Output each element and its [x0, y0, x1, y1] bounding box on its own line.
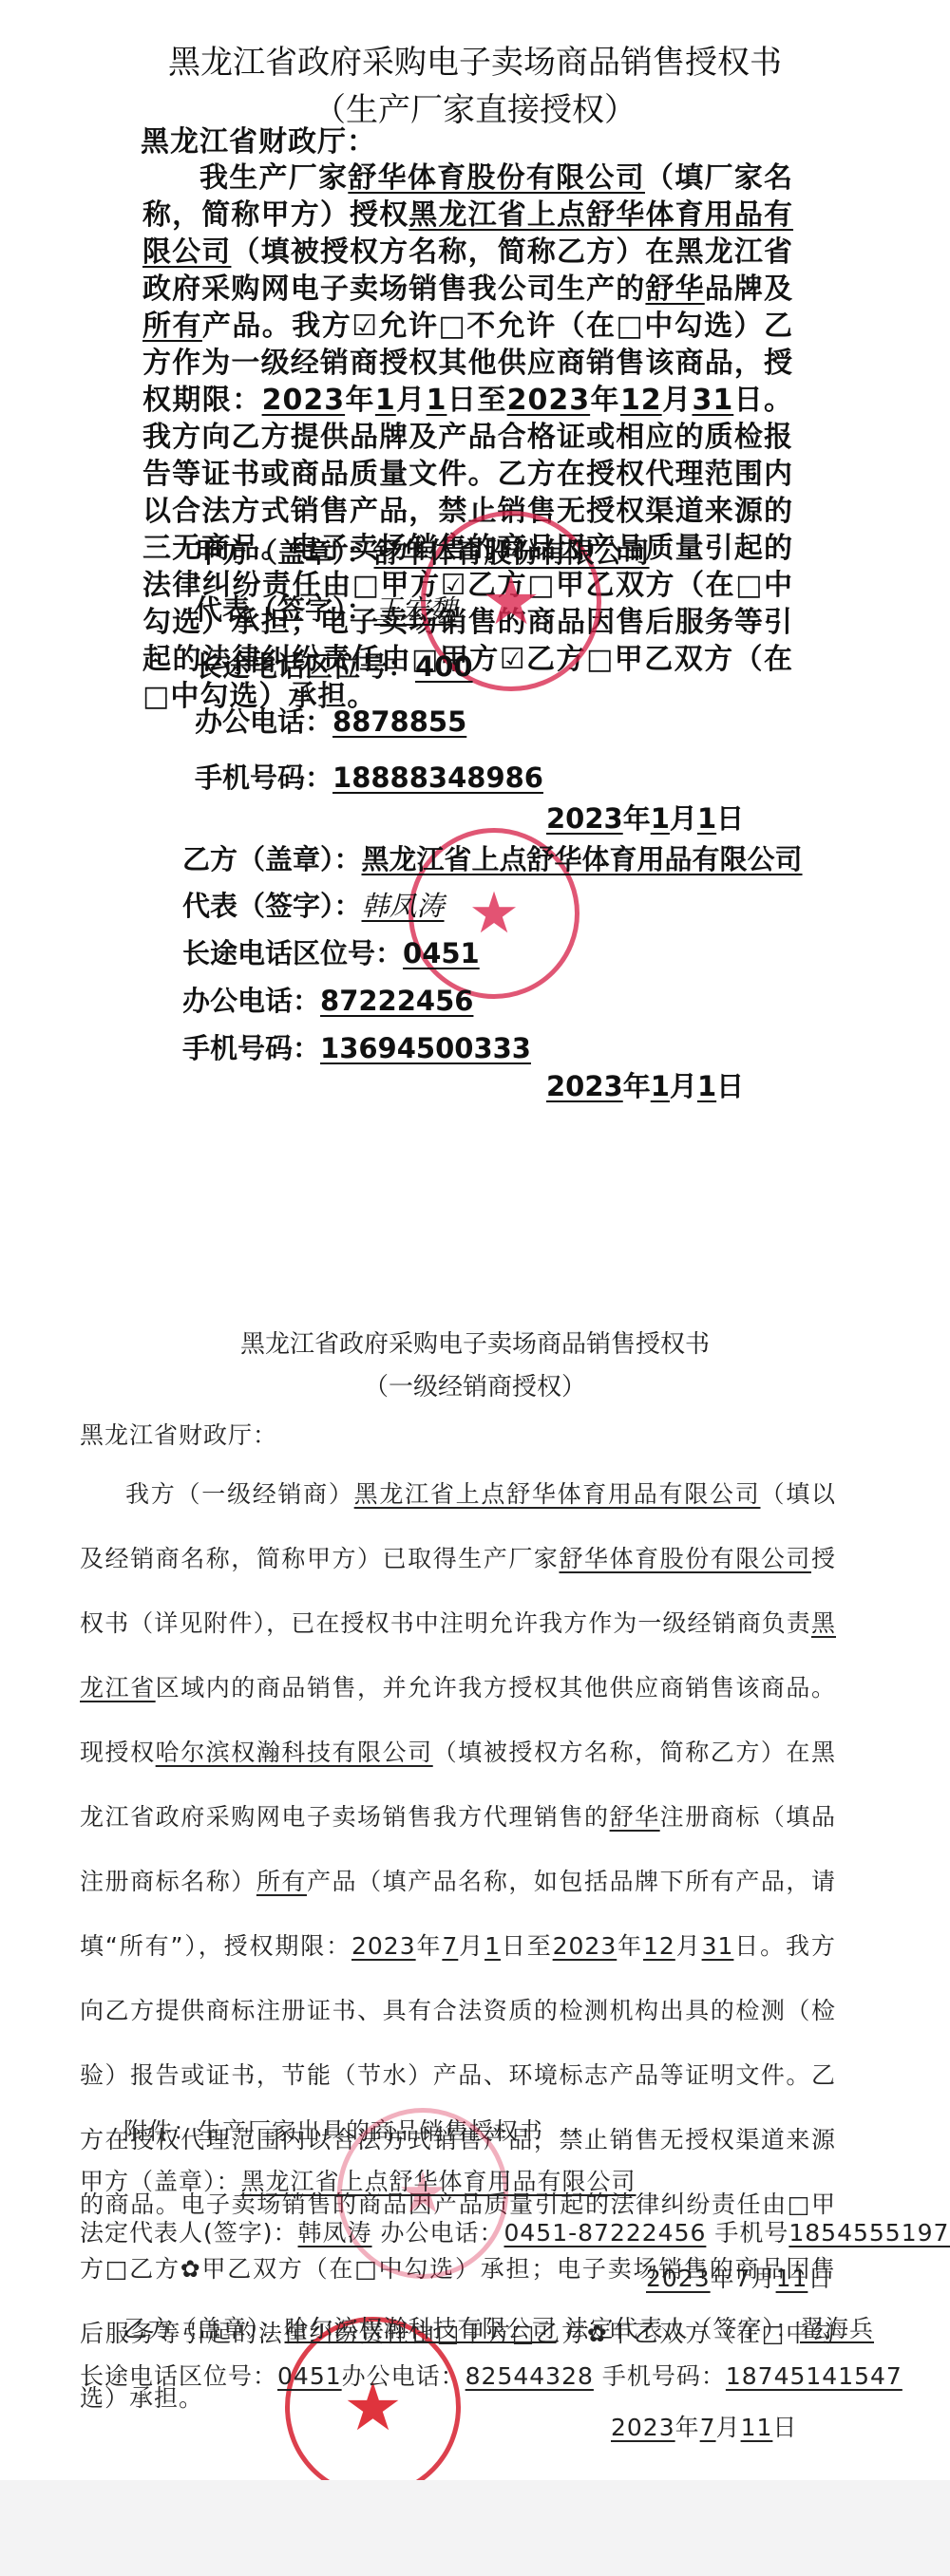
party-b-area-code: 0451: [403, 937, 480, 969]
start-year: 2023: [262, 384, 346, 417]
party-a-area-code: 400: [415, 650, 473, 683]
party-b-mobile: 13694500333: [320, 1032, 531, 1064]
doc1-party-b-area-row: 长途电话区位号：0451: [182, 932, 480, 971]
party-a-mobile: 18545551977: [788, 2219, 950, 2247]
manufacturer-authorization-document: 黑龙江省政府采购电子卖场商品销售授权书 （生产厂家直接授权） 黑龙江省财政厅： …: [0, 0, 950, 1139]
doc2-party-a-rep-row: 法定代表人(签字)：韩凤涛 办公电话：0451-87222456 手机号1854…: [80, 2214, 950, 2248]
doc2-subtitle: （一级经销商授权）: [0, 1367, 950, 1402]
disallow-checkbox-icon: □: [438, 310, 466, 343]
start-day: 1: [484, 1932, 501, 1960]
party-b-company: 黑龙江省上点舒华体育用品有限公司: [362, 843, 803, 875]
party-a-legal-rep: 韩凤涛: [298, 2219, 372, 2247]
seal-star-icon: ★: [482, 568, 541, 634]
authorized-party-name: 哈尔滨权瀚科技有限公司: [156, 1739, 433, 1766]
doc1-party-a-mobile-row: 手机号码：18888348986: [195, 757, 543, 796]
party-a-mobile: 18888348986: [332, 762, 543, 794]
doc1-party-a-seal-row: 甲方（盖章）：舒华体育股份有限公司: [195, 532, 650, 571]
party-b-legal-rep: 翟海兵: [800, 2315, 874, 2342]
party-a-office-phone: 8878855: [332, 705, 466, 738]
distributor-name: 黑龙江省上点舒华体育用品有限公司: [354, 1480, 761, 1508]
doc1-party-b-office-row: 办公电话：87222456: [182, 980, 473, 1019]
manufacturer-name: 舒华体育股份有限公司: [559, 1545, 811, 1572]
start-day: 1: [427, 384, 447, 417]
product-scope: 所有: [256, 1868, 307, 1895]
distributor-authorization-document: 黑龙江省政府采购电子卖场商品销售授权书 （一级经销商授权） 黑龙江省财政厅： 我…: [0, 1272, 950, 2497]
doc1-party-b-seal-row: 乙方（盖章）：黑龙江省上点舒华体育用品有限公司: [182, 838, 803, 877]
doc1-party-a-office-row: 办公电话：8878855: [195, 701, 466, 740]
end-day: 31: [702, 1932, 734, 1960]
product-scope: 所有: [142, 310, 202, 343]
doc1-party-b-date: 2023年1月1日: [546, 1065, 744, 1104]
doc1-party-a-area-row: 长途电话区位号：400: [195, 646, 473, 685]
allow-checkbox-checked-icon: ☑: [351, 310, 378, 343]
party-b-area-code: 0451: [277, 2362, 342, 2390]
start-month: 1: [375, 384, 396, 417]
doc1-party-b-rep-row: 代表（签字）：韩凤涛: [182, 885, 445, 924]
party-b-mobile: 18745141547: [726, 2362, 902, 2390]
doc2-party-a-date: 2023年7月11日: [646, 2260, 832, 2294]
party-a-office-phone: 0451-87222456: [504, 2219, 707, 2247]
doc2-party-a-seal-row: 甲方（盖章）：黑龙江省上点舒华体育用品有限公司: [80, 2163, 636, 2197]
doc1-party-b-mobile-row: 手机号码：13694500333: [182, 1027, 531, 1066]
start-year: 2023: [351, 1932, 416, 1960]
party-b-signature: 韩凤涛: [362, 890, 445, 922]
end-year: 2023: [507, 384, 591, 417]
doc2-party-b-contact-row: 长途电话区位号：0451办公电话：82544328 手机号码：187451415…: [80, 2358, 902, 2392]
party-a-company: 黑龙江省上点舒华体育用品有限公司: [241, 2168, 636, 2195]
trademark-name: 舒华: [610, 1803, 660, 1831]
end-day: 31: [692, 384, 733, 417]
doc2-party-b-date: 2023年7月11日: [611, 2409, 797, 2443]
party-b-company: 哈尔滨权瀚科技有限公司: [285, 2315, 557, 2342]
start-month: 7: [442, 1932, 458, 1960]
end-month: 12: [620, 384, 662, 417]
end-month: 12: [643, 1932, 675, 1960]
party-b-office-phone: 82544328: [465, 2362, 594, 2390]
doc1-party-a-date: 2023年1月1日: [546, 798, 744, 837]
bottom-background-band: [0, 2480, 950, 2576]
doc2-addressee: 黑龙江省财政厅：: [80, 1403, 836, 1468]
manufacturer-name: 舒华体育股份有限公司: [348, 161, 645, 195]
doc1-addressee: 黑龙江省财政厅：: [141, 123, 791, 160]
party-a-company: 舒华体育股份有限公司: [374, 536, 650, 569]
doc2-title: 黑龙江省政府采购电子卖场商品销售授权书: [0, 1325, 950, 1360]
party-b-office-phone: 87222456: [320, 985, 473, 1017]
doc2-party-b-seal-row: 乙方（盖章）：哈尔滨权瀚科技有限公司 法定代表人（签字）：翟海兵: [123, 2310, 874, 2344]
brand-name: 舒华: [645, 273, 704, 306]
doc1-title: 黑龙江省政府采购电子卖场商品销售授权书: [0, 36, 950, 83]
doc1-party-a-rep-row: 代表（签字）：王宏魏: [195, 589, 457, 628]
party-a-signature: 王宏魏: [374, 593, 457, 626]
end-year: 2023: [553, 1932, 617, 1960]
